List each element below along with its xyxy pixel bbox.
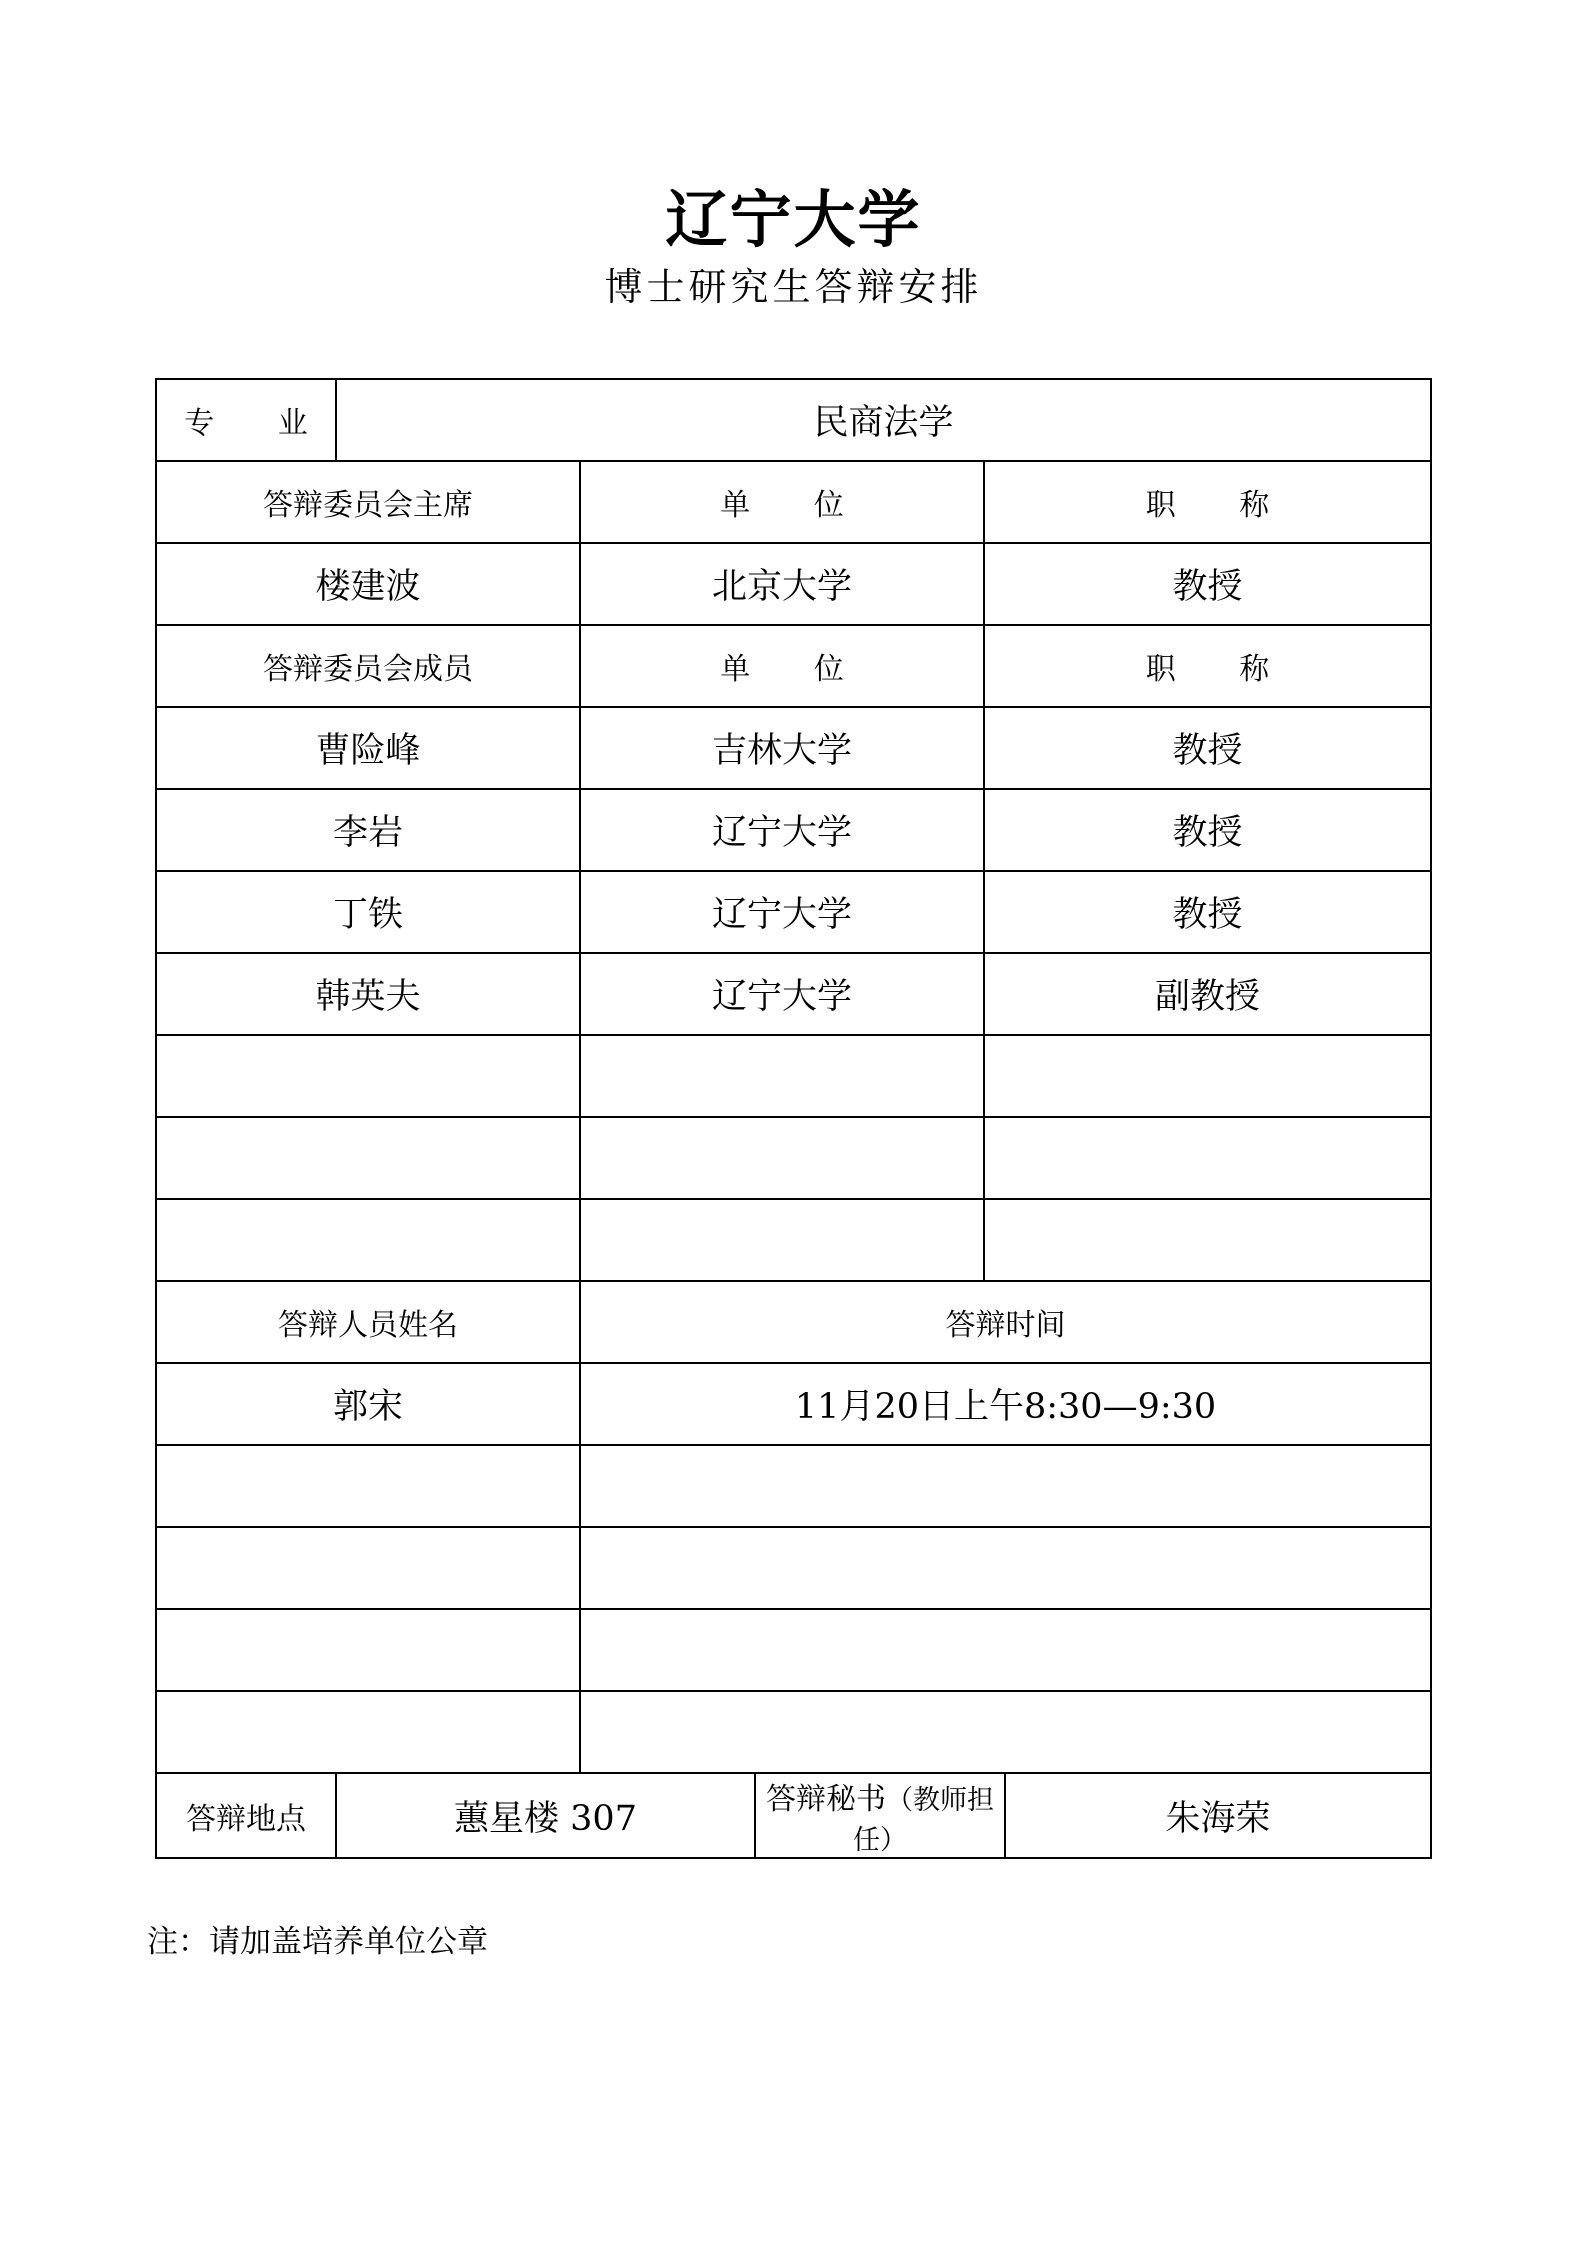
document-title: 辽宁大学 [0, 180, 1587, 260]
member-row-empty [156, 1035, 1431, 1117]
secretary-value: 朱海荣 [1005, 1773, 1431, 1858]
chair-header-unit: 单 位 [580, 461, 984, 543]
location-label: 答辩地点 [156, 1773, 336, 1858]
member-name: 李岩 [156, 789, 580, 871]
member-row: 丁铁 辽宁大学 教授 [156, 871, 1431, 953]
major-value: 民商法学 [336, 379, 1431, 461]
member-row-empty [156, 1199, 1431, 1281]
chair-header-row: 答辩委员会主席 单 位 职 称 [156, 461, 1431, 543]
secretary-label: 答辩秘书 [766, 1782, 886, 1817]
member-header-row: 答辩委员会成员 单 位 职 称 [156, 625, 1431, 707]
defense-candidate-name: 郭宋 [156, 1363, 580, 1445]
secretary-label-cell: 答辩秘书（教师担任） [755, 1773, 1005, 1858]
chair-row: 楼建波 北京大学 教授 [156, 543, 1431, 625]
member-row: 曹险峰 吉林大学 教授 [156, 707, 1431, 789]
defense-candidate-name [156, 1445, 580, 1527]
member-header-title: 职 称 [984, 625, 1431, 707]
location-secretary-row: 答辩地点 蕙星楼 307 答辩秘书（教师担任） 朱海荣 [156, 1773, 1431, 1858]
defense-header-time: 答辩时间 [580, 1281, 1431, 1363]
member-unit: 吉林大学 [580, 707, 984, 789]
member-title: 教授 [984, 789, 1431, 871]
member-title: 副教授 [984, 953, 1431, 1035]
chair-header-title: 职 称 [984, 461, 1431, 543]
member-header-name: 答辩委员会成员 [156, 625, 580, 707]
member-row: 韩英夫 辽宁大学 副教授 [156, 953, 1431, 1035]
member-name: 曹险峰 [156, 707, 580, 789]
defense-row-empty [156, 1527, 1431, 1609]
chair-unit: 北京大学 [580, 543, 984, 625]
defense-header-name: 答辩人员姓名 [156, 1281, 580, 1363]
defense-time [580, 1691, 1431, 1773]
footnote: 注：请加盖培养单位公章 [147, 1918, 488, 1966]
member-unit: 辽宁大学 [580, 789, 984, 871]
member-name [156, 1199, 580, 1281]
member-unit: 辽宁大学 [580, 871, 984, 953]
major-label: 专 业 [156, 379, 336, 461]
member-title [984, 1035, 1431, 1117]
defense-candidate-name [156, 1691, 580, 1773]
member-row-empty [156, 1117, 1431, 1199]
major-row: 专 业 民商法学 [156, 379, 1431, 461]
member-name: 韩英夫 [156, 953, 580, 1035]
defense-time: 11月20日上午8:30—9:30 [580, 1363, 1431, 1445]
location-value: 蕙星楼 307 [336, 1773, 755, 1858]
defense-candidate-name [156, 1527, 580, 1609]
member-unit: 辽宁大学 [580, 953, 984, 1035]
defense-time [580, 1445, 1431, 1527]
defense-row-empty [156, 1609, 1431, 1691]
member-unit [580, 1117, 984, 1199]
chair-title: 教授 [984, 543, 1431, 625]
defense-header-row: 答辩人员姓名 答辩时间 [156, 1281, 1431, 1363]
defense-row: 郭宋 11月20日上午8:30—9:30 [156, 1363, 1431, 1445]
member-row: 李岩 辽宁大学 教授 [156, 789, 1431, 871]
defense-time [580, 1527, 1431, 1609]
defense-row-empty [156, 1691, 1431, 1773]
member-unit [580, 1035, 984, 1117]
member-title [984, 1199, 1431, 1281]
defense-time [580, 1609, 1431, 1691]
defense-schedule-table: 专 业 民商法学 答辩委员会主席 单 位 职 称 楼建波 北京大学 教授 答辩委… [155, 378, 1432, 1859]
member-title: 教授 [984, 707, 1431, 789]
member-name: 丁铁 [156, 871, 580, 953]
member-header-unit: 单 位 [580, 625, 984, 707]
member-name [156, 1117, 580, 1199]
document-subtitle: 博士研究生答辩安排 [0, 262, 1587, 312]
chair-name: 楼建波 [156, 543, 580, 625]
member-title [984, 1117, 1431, 1199]
chair-header-name: 答辩委员会主席 [156, 461, 580, 543]
member-unit [580, 1199, 984, 1281]
member-name [156, 1035, 580, 1117]
defense-candidate-name [156, 1609, 580, 1691]
member-title: 教授 [984, 871, 1431, 953]
defense-row-empty [156, 1445, 1431, 1527]
